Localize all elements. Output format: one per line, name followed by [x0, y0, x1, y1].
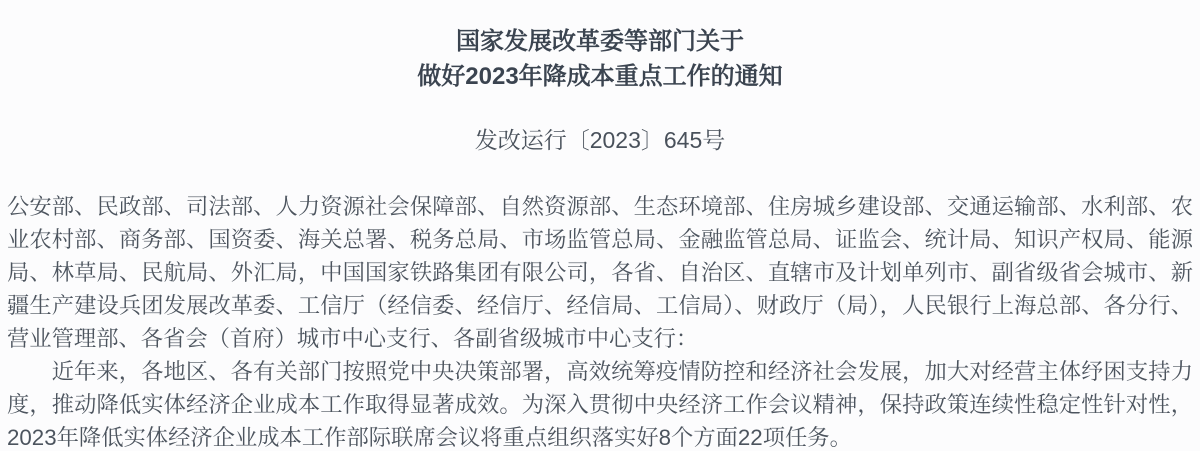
- document-body: 公安部、民政部、司法部、人力资源社会保障部、自然资源部、生态环境部、住房城乡建设…: [7, 190, 1193, 451]
- document-number: 发改运行〔2023〕645号: [7, 126, 1193, 154]
- addressees-paragraph: 公安部、民政部、司法部、人力资源社会保障部、自然资源部、生态环境部、住房城乡建设…: [7, 190, 1193, 355]
- government-notice-document: 国家发展改革委等部门关于 做好2023年降成本重点工作的通知 发改运行〔2023…: [0, 0, 1200, 451]
- main-body-paragraph: 近年来，各地区、各有关部门按照党中央决策部署，高效统筹疫情防控和经济社会发展，加…: [7, 355, 1193, 451]
- document-title: 国家发展改革委等部门关于 做好2023年降成本重点工作的通知: [7, 24, 1193, 94]
- document-title-line-1: 国家发展改革委等部门关于: [7, 24, 1193, 59]
- document-title-line-2: 做好2023年降成本重点工作的通知: [7, 59, 1193, 94]
